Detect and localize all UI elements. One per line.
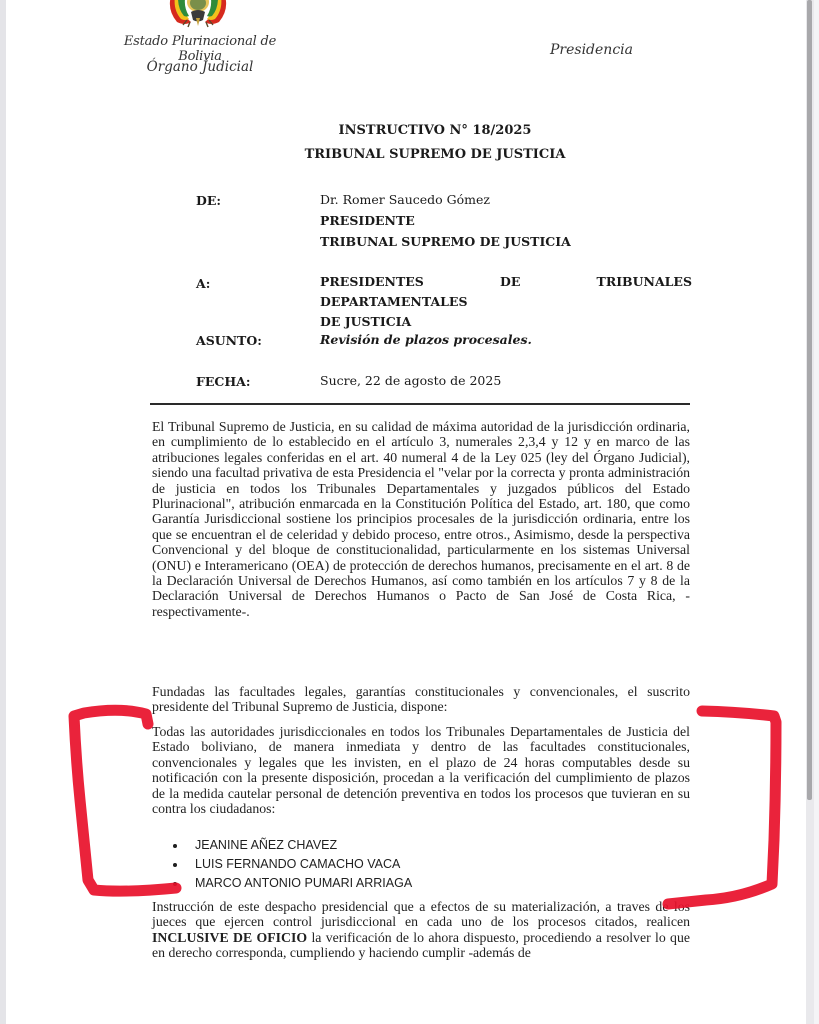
office-name: Presidencia — [550, 42, 633, 58]
subject-label: ASUNTO: — [196, 333, 262, 348]
from-value: Dr. Romer Saucedo Gómez PRESIDENTE TRIBU… — [320, 189, 692, 252]
document-issuer: TRIBUNAL SUPREMO DE JUSTICIA — [150, 147, 720, 162]
subject-text: Revisión de plazos procesales. — [320, 332, 532, 347]
from-label: DE: — [196, 193, 221, 208]
recipient-line-1: PRESIDENTES DE TRIBUNALES DEPARTAMENTALE… — [320, 272, 692, 312]
paragraph-execution: Instrucción de este despacho presidencia… — [152, 899, 690, 961]
organ-name: Órgano Judicial — [105, 59, 295, 75]
header-divider — [150, 403, 690, 405]
paragraph-legal-basis: El Tribunal Supremo de Justicia, en su c… — [152, 419, 690, 619]
scrollbar-thumb[interactable] — [807, 0, 812, 800]
to-value: PRESIDENTES DE TRIBUNALES DEPARTAMENTALE… — [320, 272, 692, 332]
sender-position: PRESIDENTE — [320, 210, 692, 231]
document-number: INSTRUCTIVO N° 18/2025 — [150, 123, 720, 138]
viewer-right-gutter — [814, 0, 819, 1024]
execution-emphasis: INCLUSIVE DE OFICIO — [152, 930, 307, 945]
sender-name: Dr. Romer Saucedo Gómez — [320, 189, 692, 210]
date-text: Sucre, 22 de agosto de 2025 — [320, 370, 692, 391]
citizen-list-item: LUIS FERNANDO CAMACHO VACA — [170, 855, 412, 874]
paragraph-disposition-intro: Fundadas las facultades legales, garantí… — [152, 684, 690, 715]
to-label: A: — [196, 276, 210, 291]
viewer-left-edge — [0, 0, 6, 1024]
execution-text-before: Instrucción de este despacho presidencia… — [152, 899, 690, 929]
citizens-list: JEANINE AÑEZ CHAVEZ LUIS FERNANDO CAMACH… — [170, 836, 412, 893]
subject-value: Revisión de plazos procesales. — [320, 329, 692, 350]
paragraph-instruction: Todas las autoridades jurisdiccionales e… — [152, 724, 690, 816]
sender-institution: TRIBUNAL SUPREMO DE JUSTICIA — [320, 231, 692, 252]
citizen-list-item: MARCO ANTONIO PUMARI ARRIAGA — [170, 874, 412, 893]
date-value: Sucre, 22 de agosto de 2025 — [320, 370, 692, 391]
date-label: FECHA: — [196, 374, 250, 389]
citizen-list-item: JEANINE AÑEZ CHAVEZ — [170, 836, 412, 855]
bolivia-coat-of-arms-icon — [165, 0, 231, 28]
